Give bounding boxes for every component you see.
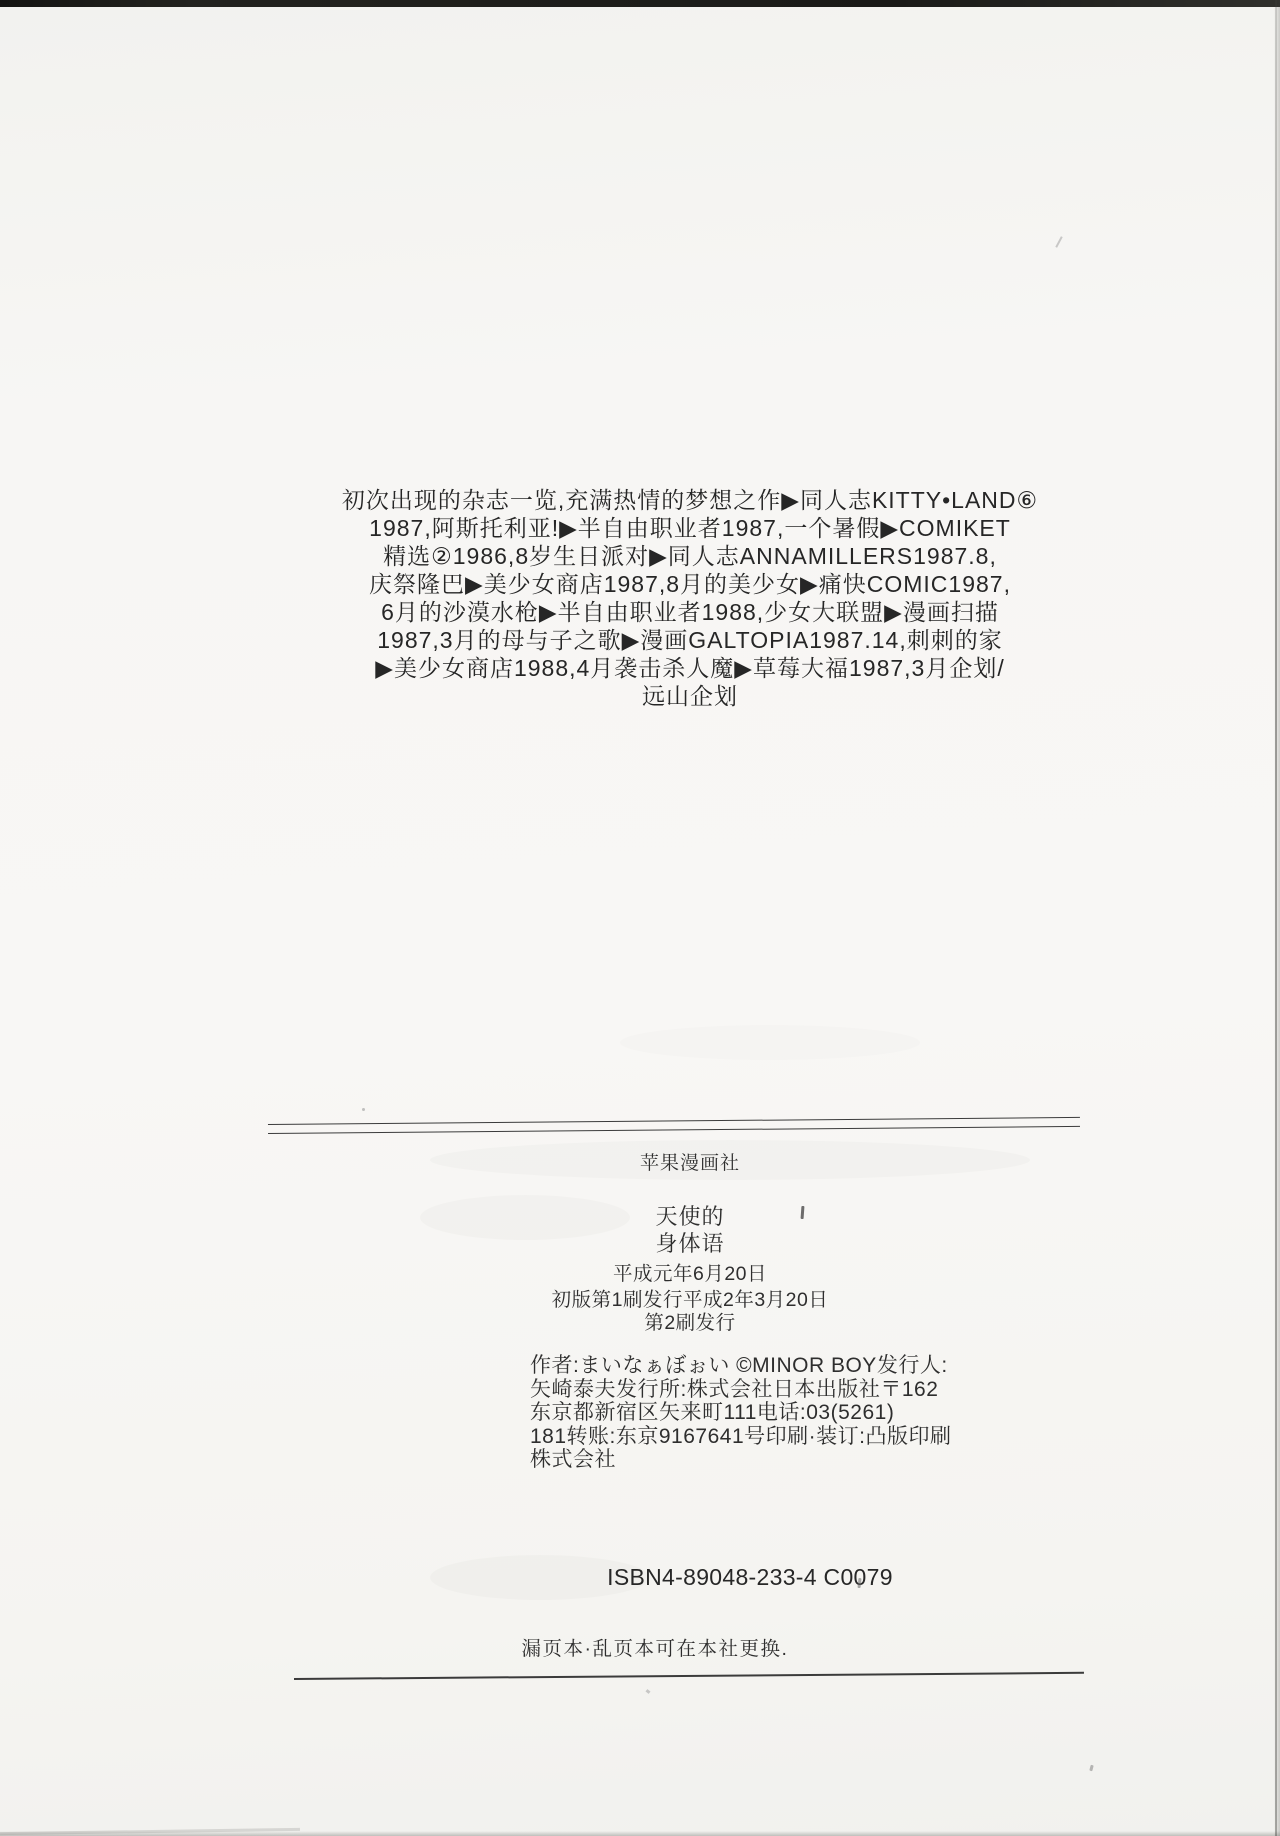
credits-line-3: 东京都新宿区矢来町111电话:03(5261) (530, 1401, 1030, 1425)
print-date-line-1: 平成元年6月20日 (290, 1258, 1090, 1286)
intro-paragraph: 初次出现的杂志一览,充满热情的梦想之作▶同人志KITTY•LAND⑥ 1987,… (230, 486, 1150, 710)
credits-line-4: 181转账:东京9167641号印刷·装订:凸版印刷 (530, 1425, 1030, 1449)
scan-speck (646, 1689, 651, 1694)
scan-speck (362, 1108, 365, 1111)
scan-smudge (620, 1025, 920, 1060)
replacement-notice: 漏页本·乱页本可在本社更换. (250, 1633, 1060, 1661)
credits-line-2: 矢崎泰夫发行所:株式会社日本出版社〒162 (530, 1378, 1030, 1402)
colophon-double-rule (268, 1117, 1080, 1134)
intro-line-6: 1987,3月的母与子之歌▶漫画GALTOPIA1987.14,刺刺的家 (230, 626, 1150, 654)
intro-line-8: 远山企划 (230, 682, 1150, 710)
intro-line-1: 初次出现的杂志一览,充满热情的梦想之作▶同人志KITTY•LAND⑥ (230, 486, 1150, 514)
intro-line-5: 6月的沙漠水枪▶半自由职业者1988,少女大联盟▶漫画扫描 (230, 598, 1150, 626)
publisher-name: 苹果漫画社 (290, 1148, 1090, 1175)
scan-right-edge-line (1275, 0, 1277, 1836)
intro-line-7: ▶美少女商店1988,4月袭击杀人魔▶草莓大福1987,3月企划/ (230, 654, 1150, 682)
credits-block: 作者:まいなぁぼぉい ©MINOR BOY发行人: 矢崎泰夫发行所:株式会社日本… (530, 1354, 1030, 1472)
scan-speck (1055, 236, 1062, 248)
print-date-line-3: 第2刷发行 (290, 1307, 1090, 1335)
credits-line-1: 作者:まいなぁぼぉい ©MINOR BOY发行人: (530, 1354, 1030, 1378)
scan-top-edge (0, 0, 1280, 7)
bottom-rule (294, 1672, 1084, 1680)
credits-line-5: 株式会社 (530, 1448, 1030, 1472)
intro-line-2: 1987,阿斯托利亚!▶半自由职业者1987,一个暑假▶COMIKET (230, 514, 1150, 542)
intro-line-3: 精选②1986,8岁生日派对▶同人志ANNAMILLERS1987.8, (230, 542, 1150, 570)
book-title-line-2: 身体语 (290, 1227, 1090, 1258)
scan-speck (1089, 1765, 1093, 1772)
scanned-page: 初次出现的杂志一览,充满热情的梦想之作▶同人志KITTY•LAND⑥ 1987,… (0, 0, 1280, 1836)
isbn-text: ISBN4-89048-233-4 C0079 (430, 1564, 1070, 1591)
intro-line-4: 庆祭隆巴▶美少女商店1987,8月的美少女▶痛快COMIC1987, (230, 570, 1150, 598)
